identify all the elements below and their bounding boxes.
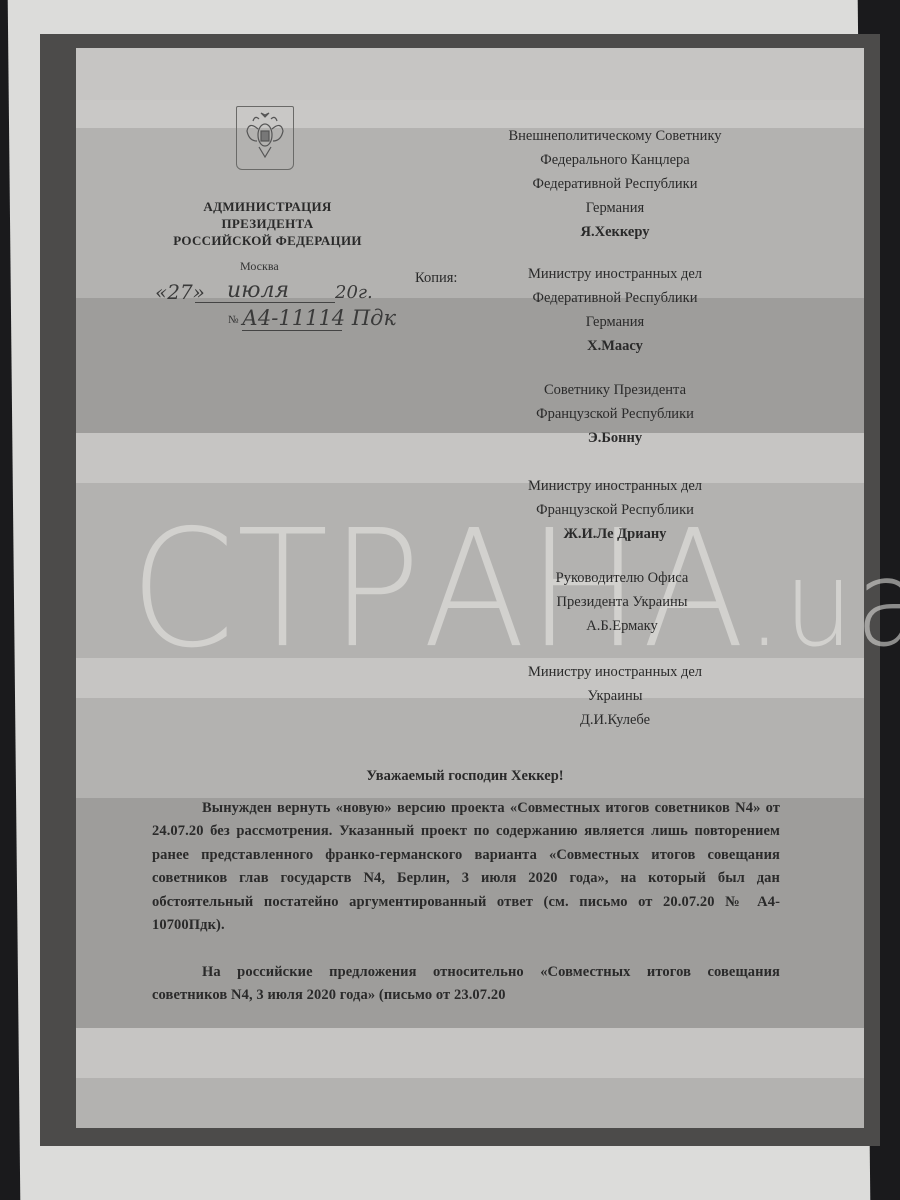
recipient-line: Германия [455,310,775,334]
recipient-line: Украины [455,684,775,708]
date-underline [195,302,335,303]
recipient-name: Д.И.Кулебе [455,708,775,732]
sender-line: АДМИНИСТРАЦИЯ [160,198,375,215]
date-year: 20г. [335,282,373,303]
number-prefix: № [228,314,239,326]
recipient-line: Министру иностранных дел [455,474,775,498]
recipient-line: Французской Республики [455,402,775,426]
copy-recipient: Министру иностранных дел Украины Д.И.Кул… [455,660,775,732]
coat-of-arms-icon [236,106,294,170]
scan-band [76,1028,864,1078]
copy-recipient: Министру иностранных дел Федеративной Ре… [455,262,775,358]
document-number: № А4-11114 Пдк [228,308,428,336]
salutation: Уважаемый господин Хеккер! [150,768,780,785]
recipient-name: Х.Маасу [455,334,775,358]
date-field: «27» июля 20г. [155,280,385,308]
recipient-line: Президента Украины [462,590,782,614]
recipient-line: Федеративной Республики [455,286,775,310]
recipient-line: Министру иностранных дел [455,660,775,684]
copy-recipient: Руководителю Офиса Президента Украины А.… [462,566,782,638]
date-day: «27» [155,280,205,304]
sender-line: ПРЕЗИДЕНТА [160,215,375,232]
sender-line: РОССИЙСКОЙ ФЕДЕРАЦИИ [160,232,375,249]
recipient-line: Руководителю Офиса [462,566,782,590]
sender-block: АДМИНИСТРАЦИЯ ПРЕЗИДЕНТА РОССИЙСКОЙ ФЕДЕ… [160,198,375,249]
recipient-line: Советнику Президента [455,378,775,402]
primary-recipient: Внешнеполитическому Советнику Федерально… [455,124,775,244]
sender-city: Москва [240,259,279,274]
recipient-line: Французской Республики [455,498,775,522]
date-month: июля [227,278,289,303]
recipient-name: А.Б.Ермаку [462,614,782,638]
scan-band [76,48,864,100]
number-value: А4-11114 Пдк [242,306,396,330]
copy-recipient: Советнику Президента Французской Республ… [455,378,775,450]
recipient-line: Федеративной Республики [455,172,775,196]
recipient-name: Э.Бонну [455,426,775,450]
recipient-line: Федерального Канцлера [455,148,775,172]
body-paragraph: Вынужден вернуть «новую» версию проекта … [152,797,780,937]
copy-label: Копия: [415,270,457,287]
body-paragraph: На российские предложения относительно «… [152,961,780,1008]
number-underline [242,330,342,331]
recipient-line: Германия [455,196,775,220]
copy-recipient: Министру иностранных дел Французской Рес… [455,474,775,546]
recipient-line: Внешнеполитическому Советнику [455,124,775,148]
recipient-name: Ж.И.Ле Дриану [455,522,775,546]
recipient-line: Министру иностранных дел [455,262,775,286]
recipient-name: Я.Хеккеру [455,220,775,244]
scan-band [76,1078,864,1128]
